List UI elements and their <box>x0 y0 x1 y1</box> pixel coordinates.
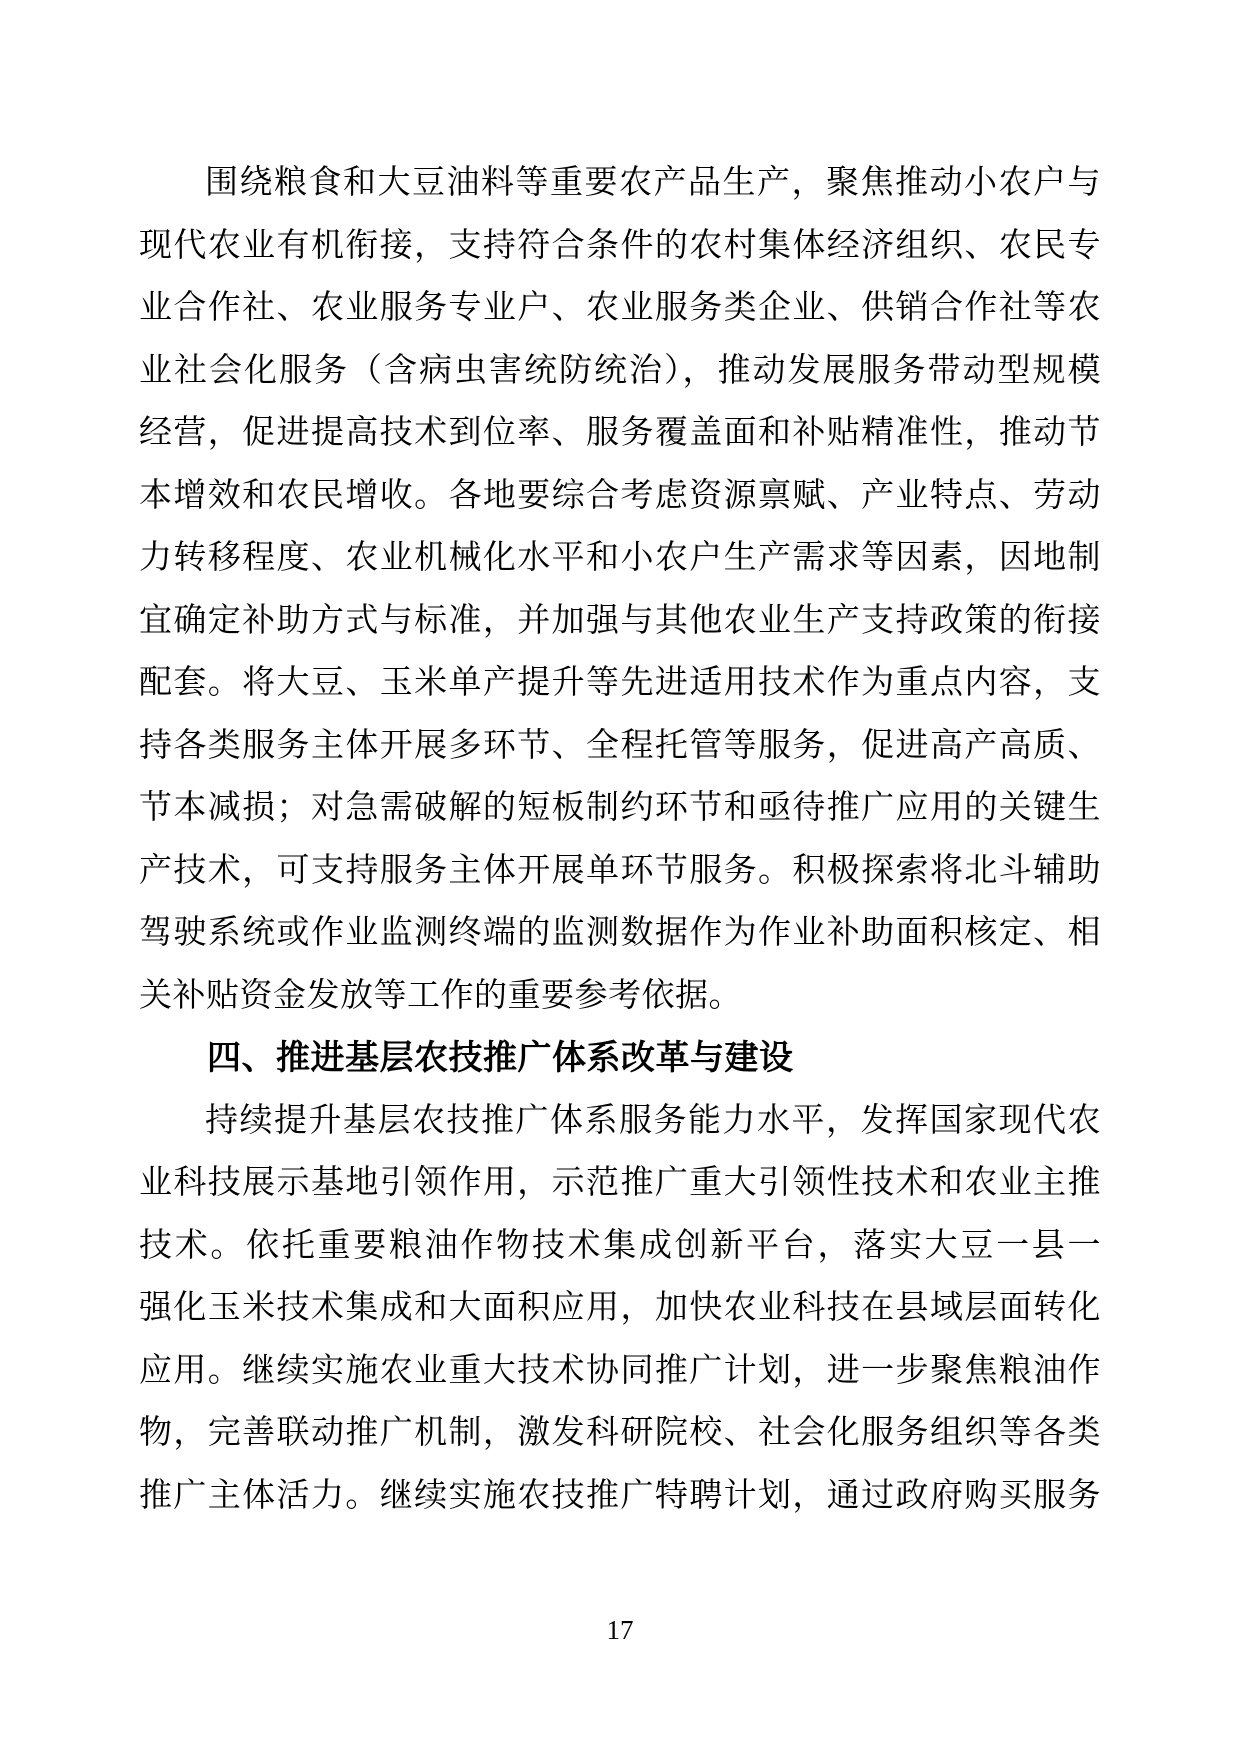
text-line: 产技术，可支持服务主体开展单环节服务。积极探索将北斗辅助 <box>139 840 1101 903</box>
text-line: 现代农业有机衔接，支持符合条件的农村集体经济组织、农民专 <box>139 215 1101 278</box>
paragraph-social-service-subsidy: 围绕粮食和大豆油料等重要农产品生产，聚焦推动小农户与现代农业有机衔接，支持符合条… <box>139 152 1101 1027</box>
text-line: 业合作社、农业服务专业户、农业服务类企业、供销合作社等农 <box>139 277 1101 340</box>
text-line: 驾驶系统或作业监测终端的监测数据作为作业补助面积核定、相 <box>139 902 1101 965</box>
text-line: 应用。继续实施农业重大技术协同推广计划，进一步聚焦粮油作 <box>139 1340 1101 1403</box>
page-number: 17 <box>0 1612 1240 1648</box>
text-line: 宜确定补助方式与标准，并加强与其他农业生产支持政策的衔接 <box>139 590 1101 653</box>
paragraph-extension-system-reform: 持续提升基层农技推广体系服务能力水平，发挥国家现代农业科技展示基地引领作用，示范… <box>139 1090 1101 1528</box>
text-line: 力转移程度、农业机械化水平和小农户生产需求等因素，因地制 <box>139 527 1101 590</box>
text-line: 持各类服务主体开展多环节、全程托管等服务，促进高产高质、 <box>139 715 1101 778</box>
document-page: 围绕粮食和大豆油料等重要农产品生产，聚焦推动小农户与现代农业有机衔接，支持符合条… <box>0 0 1240 1754</box>
text-line: 节本减损；对急需破解的短板制约环节和亟待推广应用的关键生 <box>139 777 1101 840</box>
text-line: 持续提升基层农技推广体系服务能力水平，发挥国家现代农 <box>139 1090 1101 1153</box>
text-line: 关补贴资金发放等工作的重要参考依据。 <box>139 965 1101 1028</box>
text-line: 配套。将大豆、玉米单产提升等先进适用技术作为重点内容，支 <box>139 652 1101 715</box>
text-line: 业科技展示基地引领作用，示范推广重大引领性技术和农业主推 <box>139 1152 1101 1215</box>
text-line: 推广主体活力。继续实施农技推广特聘计划，通过政府购买服务 <box>139 1465 1101 1528</box>
text-line: 本增效和农民增收。各地要综合考虑资源禀赋、产业特点、劳动 <box>139 465 1101 528</box>
text-line: 技术。依托重要粮油作物技术集成创新平台，落实大豆一县一策， <box>139 1215 1101 1278</box>
text-line: 物，完善联动推广机制，激发科研院校、社会化服务组织等各类 <box>139 1402 1101 1465</box>
text-line: 业社会化服务（含病虫害统防统治），推动发展服务带动型规模 <box>139 340 1101 403</box>
text-line: 强化玉米技术集成和大面积应用，加快农业科技在县域层面转化 <box>139 1277 1101 1340</box>
text-line: 经营，促进提高技术到位率、服务覆盖面和补贴精准性，推动节 <box>139 402 1101 465</box>
text-line: 围绕粮食和大豆油料等重要农产品生产，聚焦推动小农户与 <box>139 152 1101 215</box>
section-heading: 四、推进基层农技推广体系改革与建设 <box>139 1027 1101 1090</box>
document-body: 围绕粮食和大豆油料等重要农产品生产，聚焦推动小农户与现代农业有机衔接，支持符合条… <box>139 152 1101 1527</box>
